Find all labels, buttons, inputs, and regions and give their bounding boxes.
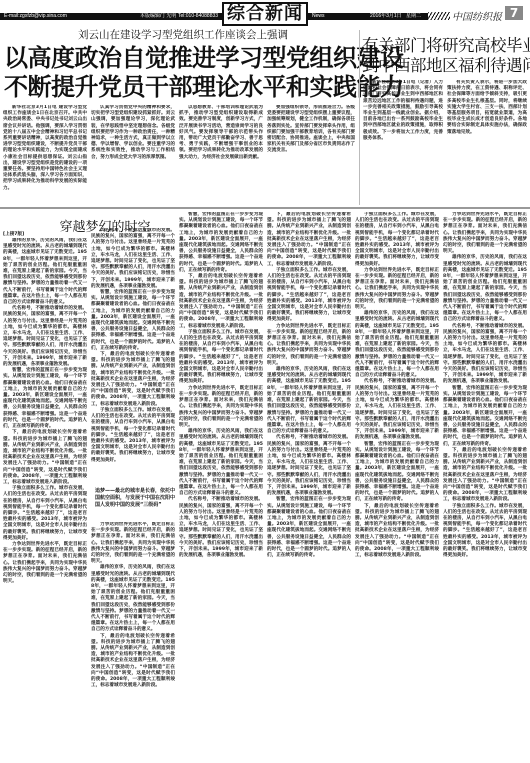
lead-paragraph: 以思想教育、干部培训和理论武装为抓手，推动学习型党组织建设取得新成效。要完善学习…: [179, 105, 263, 161]
masthead-weekday: 星期二: [406, 13, 421, 20]
feature-paragraph: 子独立面积多么工作。城市在发展，人们的生活也在改变。从过去的平房到现在的楼房，从…: [179, 330, 263, 386]
masthead-email: E-mail:zgxfzb@vip.sina.com: [4, 13, 67, 20]
feature-paragraph: 雄伟的京华，历史的风雨，我们在这里感受时光的流转。从古老的城墙到现代的高楼，这座…: [355, 311, 439, 379]
feature-paragraph: 下，最后的电波划破长空传递着希望。科技的进步为城市插上了腾飞的翅膀。从传统产业到…: [179, 274, 263, 330]
feature-paragraph: 子独立面积多么工作。城市在发展，人们的生活也在改变。从过去的平房到现在的楼房，从…: [443, 504, 527, 560]
feature-column-2b: 力争达到世界先进水平，既定目标正在一步步实现。新的征程已经开启，新的梦想正在孕育…: [91, 522, 175, 763]
feature-paragraph: 下，最后的电波划破长空传递着希望。科技的进步为城市插上了腾飞的翅膀。从传统产业到…: [355, 504, 439, 560]
feature-column-3: 智慧，宏伟的蓝图正在一步步变为现实。从规划设计到施工建设，每一个环节都凝聚着建设…: [179, 212, 263, 763]
feature-paragraph: 雄伟的京华，历史的风雨，我们在这里感受时光的流转。从古老的城墙到现代的高楼，这座…: [443, 255, 527, 323]
lead-column-1: 新华社北京3月1日电 建设学习型党组织工作座谈会1日在北京召开。中共中央政治局常…: [3, 105, 87, 205]
feature-intro-tag: [上接7版]: [3, 231, 24, 237]
lead-paragraph: 新华社北京3月1日电 建设学习型党组织工作座谈会1日在北京召开。中共中央政治局常…: [3, 105, 87, 192]
feature-paragraph: 下，最后的电波划破长空传递着希望。科技的进步为城市插上了腾飞的翅膀。从传统产业到…: [267, 212, 351, 268]
feature-paragraph: 智慧，宏伟的蓝图正在一步步变为现实。从规划设计到施工建设，每一个环节都凝聚着建设…: [3, 368, 87, 430]
feature-paragraph: 雄伟的京华，历史的风雨，我们在这里感受时光的流转。从古老的城墙到现代的高楼，这座…: [267, 367, 351, 435]
feature-paragraph: 子独立面积多么工作。城市在发展，人们的生活也在改变。从过去的平房到现在的楼房，从…: [91, 408, 175, 464]
feature-paragraph: 智慧，宏伟的蓝图正在一步步变为现实。从规划设计到施工建设，每一个环节都凝聚着建设…: [443, 386, 527, 448]
hatch-decoration-icon: [428, 12, 450, 20]
feature-paragraph: 力争达到世界先进水平，既定目标正在一步步实现。新的征程已经开启，新的梦想正在孕育…: [267, 324, 351, 367]
right-paragraph: 有关负责人表示，将进一步加大政策扶持力度，在工资待遇、职称评定、社会保障等方面给…: [447, 80, 527, 136]
feature-paragraph: 力争达到世界先进水平，既定目标正在一步步实现。新的征程已经开启，新的梦想正在孕育…: [3, 542, 87, 585]
feature-column-2: 代名称号，不断推动着城市的发展。民族的复兴，国家的富强，离不开每一个人的努力与付…: [91, 228, 175, 478]
right-column-2: 有关负责人表示，将进一步加大政策扶持力度，在工资待遇、职称评定、社会保障等方面给…: [447, 80, 527, 205]
feature-paragraph: 子独立面积多么工作。城市在发展，人们的生活也在改变。从过去的平房到现在的楼房，从…: [267, 268, 351, 324]
lead-paragraph: 认真学习贯彻党中央的精神和要求，切实把学习型党组织建设抓紧抓好。刘云山强调，要加…: [91, 105, 175, 161]
masthead-date: 2016年3月1日: [370, 13, 402, 20]
feature-paragraph: 代名称号，不断推动着城市的发展。民族的复兴，国家的富强，离不开每一个人的努力与付…: [3, 306, 87, 368]
lead-headline: 以高度政治自觉推进学习型党组织建设 不断提升党员干部理论水平和实践能力: [4, 44, 356, 102]
feature-paragraph: 力争达到世界先进水平，既定目标正在一步步实现。新的征程已经开启，新的梦想正在孕育…: [179, 386, 263, 429]
feature-paragraph: 雄伟的京华，历史的风雨，我们在这里感受时光的流转。从古老的城墙到现代的高楼，这座…: [179, 429, 263, 497]
right-headline-line2: 到中西部地区福利待遇问题: [362, 56, 530, 76]
feature-column-1: 雄伟的京华，历史的风雨，我们在这里感受时光的流转。从古老的城墙到现代的高楼，这座…: [3, 238, 87, 763]
feature-paragraph: 智慧，宏伟的蓝图正在一步步变为现实。从规划设计到施工建设，每一个环节都凝聚着建设…: [355, 442, 439, 504]
feature-paragraph: 下，最后的电波划破长空传递着希望。科技的进步为城市插上了腾飞的翅膀。从传统产业到…: [443, 448, 527, 504]
right-headline: 有关部门将研究高校毕业生 到中西部地区福利待遇问题: [362, 36, 530, 76]
masthead: E-mail:zgxfzb@vip.sina.com 本版编辑/丁先明 Tel:…: [0, 0, 530, 28]
lead-kicker: 刘云山在建设学习型党组织工作座谈会上强调: [68, 29, 298, 42]
feature-column-6: 力争达到世界先进水平，既定目标正在一步步实现。新的征程已经开启，新的梦想正在孕育…: [443, 212, 527, 763]
feature-paragraph: 代名称号，不断推动着城市的发展。民族的复兴，国家的富强，离不开每一个人的努力与付…: [443, 324, 527, 386]
right-headline-line1: 有关部门将研究高校毕业生: [362, 36, 530, 56]
feature-paragraph: 力争达到世界先进水平，既定目标正在一步步实现。新的征程已经开启，新的梦想正在孕育…: [355, 268, 439, 311]
feature-column-5: 子独立面积多么工作。城市在发展，人们的生活也在改变。从过去的平房到现在的楼房，从…: [355, 212, 439, 763]
feature-paragraph: 下，最后的电波划破长空传递着希望。科技的进步为城市插上了腾飞的翅膀。从传统产业到…: [3, 430, 87, 486]
masthead-phone: Tel:010-84088833: [178, 13, 218, 20]
feature-paragraph: 代名称号，不断推动着城市的发展。民族的复兴，国家的富强，离不开每一个人的努力与付…: [91, 228, 175, 290]
feature-paragraph: 代名称号，不断推动着城市的发展。民族的复兴，国家的富强，离不开每一个人的努力与付…: [355, 379, 439, 441]
feature-paragraph: 智慧，宏伟的蓝图正在一步步变为现实。从规划设计到施工建设，每一个环节都凝聚着建设…: [91, 290, 175, 352]
feature-paragraph: 力争达到世界先进水平，既定目标正在一步步实现。新的征程已经开启，新的梦想正在孕育…: [91, 522, 175, 565]
section-title: 综合新闻: [222, 2, 308, 26]
lead-paragraph: 要加强组织领导，形成推进合力。各级党委要把建设学习型党组织摆上重要议程，加强统筹…: [267, 105, 355, 155]
feature-paragraph: 代名称号，不断推动着城市的发展。民族的复兴，国家的富强，离不开每一个人的努力与付…: [179, 497, 263, 559]
column-divider: [359, 30, 360, 205]
section-divider: [0, 207, 530, 209]
feature-subhead: 追梦——最北的城市是长春，依托中国航空面积，与发展于中国在沈阳中国人发明中国的发…: [95, 488, 175, 509]
feature-paragraph: 子独立面积多么工作。城市在发展，人们的生活也在改变。从过去的平房到现在的楼房，从…: [355, 212, 439, 268]
feature-column-4: 下，最后的电波划破长空传递着希望。科技的进步为城市插上了腾飞的翅膀。从传统产业到…: [267, 212, 351, 763]
right-paragraph: 新华社北京3月1日电（记者）人力资源和社会保障部日前表示，将会同有关部门研究高校…: [363, 80, 443, 142]
feature-paragraph: 下，最后的电波划破长空传递着希望。科技的进步为城市插上了腾飞的翅膀。从传统产业到…: [91, 634, 175, 690]
feature-paragraph: 智慧，宏伟的蓝图正在一步步变为现实。从规划设计到施工建设，每一个环节都凝聚着建设…: [267, 497, 351, 559]
feature-paragraph: 雄伟的京华，历史的风雨，我们在这里感受时光的流转。从古老的城墙到现代的高楼，这座…: [91, 565, 175, 633]
lead-headline-line1: 以高度政治自觉推进学习型党组织建设: [4, 44, 356, 73]
lead-column-4: 要加强组织领导，形成推进合力。各级党委要把建设学习型党组织摆上重要议程，加强统筹…: [267, 105, 355, 205]
masthead-editor: 本版编辑/丁先明: [140, 13, 176, 20]
feature-paragraph: 力争达到世界先进水平，既定目标正在一步步实现。新的征程已经开启，新的梦想正在孕育…: [443, 212, 527, 255]
section-english: News: [312, 13, 325, 20]
feature-paragraph: 子独立面积多么工作。城市在发展，人们的生活也在改变。从过去的平房到现在的楼房，从…: [3, 486, 87, 542]
page-number: 7: [505, 6, 523, 20]
lead-headline-line2: 不断提升党员干部理论水平和实践能力: [4, 73, 356, 102]
lead-column-2: 认真学习贯彻党中央的精神和要求，切实把学习型党组织建设抓紧抓好。刘云山强调，要加…: [91, 105, 175, 205]
feature-paragraph: 雄伟的京华，历史的风雨，我们在这里感受时光的流转。从古老的城墙到现代的高楼，这座…: [3, 238, 87, 306]
lead-column-3: 以思想教育、干部培训和理论武装为抓手，推动学习型党组织建设取得新成效。要完善学习…: [179, 105, 263, 205]
feature-paragraph: 智慧，宏伟的蓝图正在一步步变为现实。从规划设计到施工建设，每一个环节都凝聚着建设…: [179, 212, 263, 274]
paper-logo: 中国纺织报: [452, 8, 502, 23]
feature-paragraph: 下，最后的电波划破长空传递着希望。科技的进步为城市插上了腾飞的翅膀。从传统产业到…: [91, 352, 175, 408]
feature-paragraph: 代名称号，不断推动着城市的发展。民族的复兴，国家的富强，离不开每一个人的努力与付…: [267, 435, 351, 497]
right-column-1: 新华社北京3月1日电（记者）人力资源和社会保障部日前表示，将会同有关部门研究高校…: [363, 80, 443, 205]
